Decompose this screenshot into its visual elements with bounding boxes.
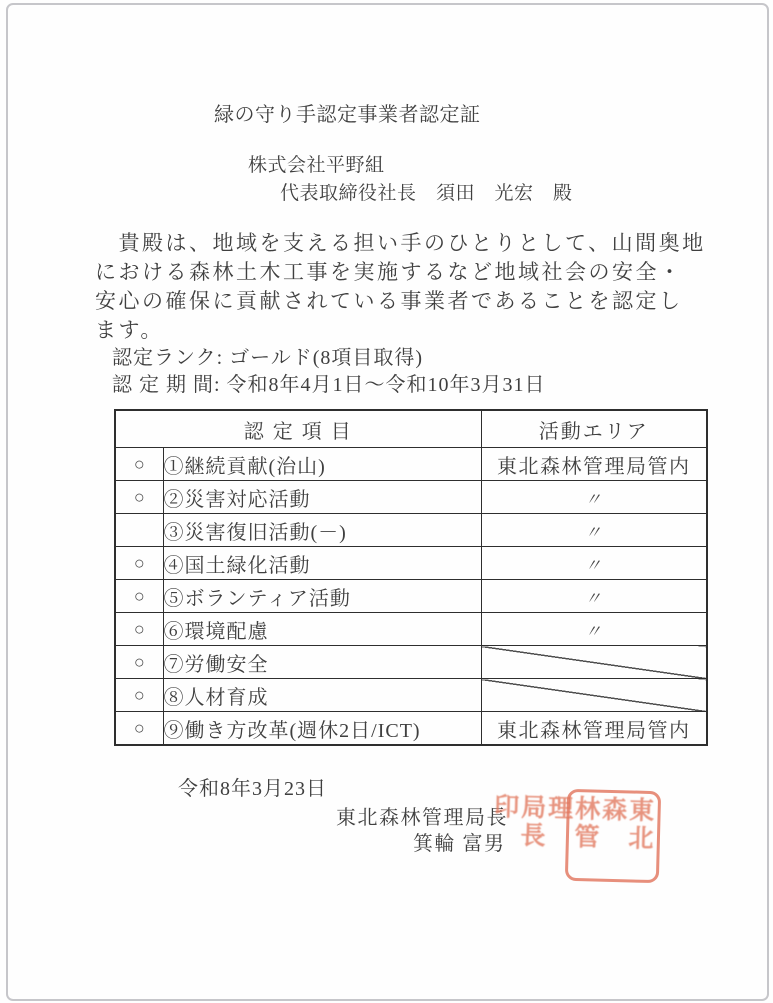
item-label: ③災害復旧活動(－) [163,514,481,547]
item-label: ⑥環境配慮 [163,613,481,646]
area-value: 東北森林管理局管内 [481,448,707,481]
area-ditto-mark: 〃 [481,514,707,547]
item-label: ⑦労働安全 [163,646,481,679]
table-row: ○ ⑧人材育成 [115,679,707,712]
certificate-body-text: 貴殿は、地域を支える担い手のひとりとして、山間奥地 における森林土木工事を実施す… [95,229,706,345]
recipient-representative: 代表取締役社長 須田 光宏 殿 [280,178,573,205]
achieved-mark: ○ [115,448,163,481]
header-activity-area: 活動エリア [481,410,707,448]
achieved-mark: ○ [115,646,163,679]
header-certification-items: 認 定 項 目 [115,410,481,448]
achieved-mark: ○ [115,481,163,514]
achieved-mark: ○ [115,712,163,746]
item-label: ⑤ボランティア活動 [163,580,481,613]
recipient-company: 株式会社平野組 [248,150,385,177]
certification-rank: 認定ランク: ゴールド(8項目取得) [112,341,423,370]
table-row: ○ ④国土緑化活動 〃 [115,547,707,580]
area-value: 東北森林管理局管内 [481,712,707,746]
area-ditto-mark: 〃 [481,481,707,514]
table-row: ③災害復旧活動(－) 〃 [115,514,707,547]
certificate-title: 緑の守り手認定事業者認定証 [214,98,481,127]
table-row: ○ ①継続貢献(治山) 東北森林管理局管内 [115,448,707,481]
area-ditto-mark: 〃 [481,613,707,646]
issuer-title: 東北森林管理局長 [336,801,508,830]
table-row: ○ ⑥環境配慮 〃 [115,613,707,646]
achieved-mark [115,514,163,547]
table-row: ○ ⑤ボランティア活動 〃 [115,580,707,613]
certificate-document: 緑の守り手認定事業者認定証 株式会社平野組 代表取締役社長 須田 光宏 殿 貴殿… [0,0,773,1003]
table-row: ○ ②災害対応活動 〃 [115,481,707,514]
table-header-row: 認 定 項 目 活動エリア [115,410,707,448]
certification-period: 認 定 期 間: 令和8年4月1日～令和10年3月31日 [112,368,546,397]
item-label: ①継続貢献(治山) [163,448,481,481]
item-label: ⑨働き方改革(週休2日/ICT) [163,712,481,746]
achieved-mark: ○ [115,679,163,712]
item-label: ②災害対応活動 [163,481,481,514]
official-red-seal: 東北森 林管理 局長印 [565,789,661,883]
issue-date: 令和8年3月23日 [178,772,327,801]
seal-text-column: 林管理 [543,794,599,875]
area-ditto-mark: 〃 [481,547,707,580]
body-line: 安心の確保に貢献されている事業者であることを認定し [95,287,706,316]
achieved-mark: ○ [115,613,163,646]
table-row: ○ ⑦労働安全 [115,646,707,679]
seal-text-column: 局長印 [489,793,545,874]
seal-text-column: 東北森 [597,796,653,877]
area-crossed-out [481,646,707,679]
area-crossed-out [481,679,707,712]
achieved-mark: ○ [115,547,163,580]
body-line: における森林土木工事を実施するなど地域社会の安全・ [95,258,706,287]
item-label: ⑧人材育成 [163,679,481,712]
area-ditto-mark: 〃 [481,580,707,613]
body-line: 貴殿は、地域を支える担い手のひとりとして、山間奥地 [95,229,706,258]
table-row: ○ ⑨働き方改革(週休2日/ICT) 東北森林管理局管内 [115,712,707,746]
item-label: ④国土緑化活動 [163,547,481,580]
certification-items-table: 認 定 項 目 活動エリア ○ ①継続貢献(治山) 東北森林管理局管内 ○ ②災… [114,409,708,746]
achieved-mark: ○ [115,580,163,613]
